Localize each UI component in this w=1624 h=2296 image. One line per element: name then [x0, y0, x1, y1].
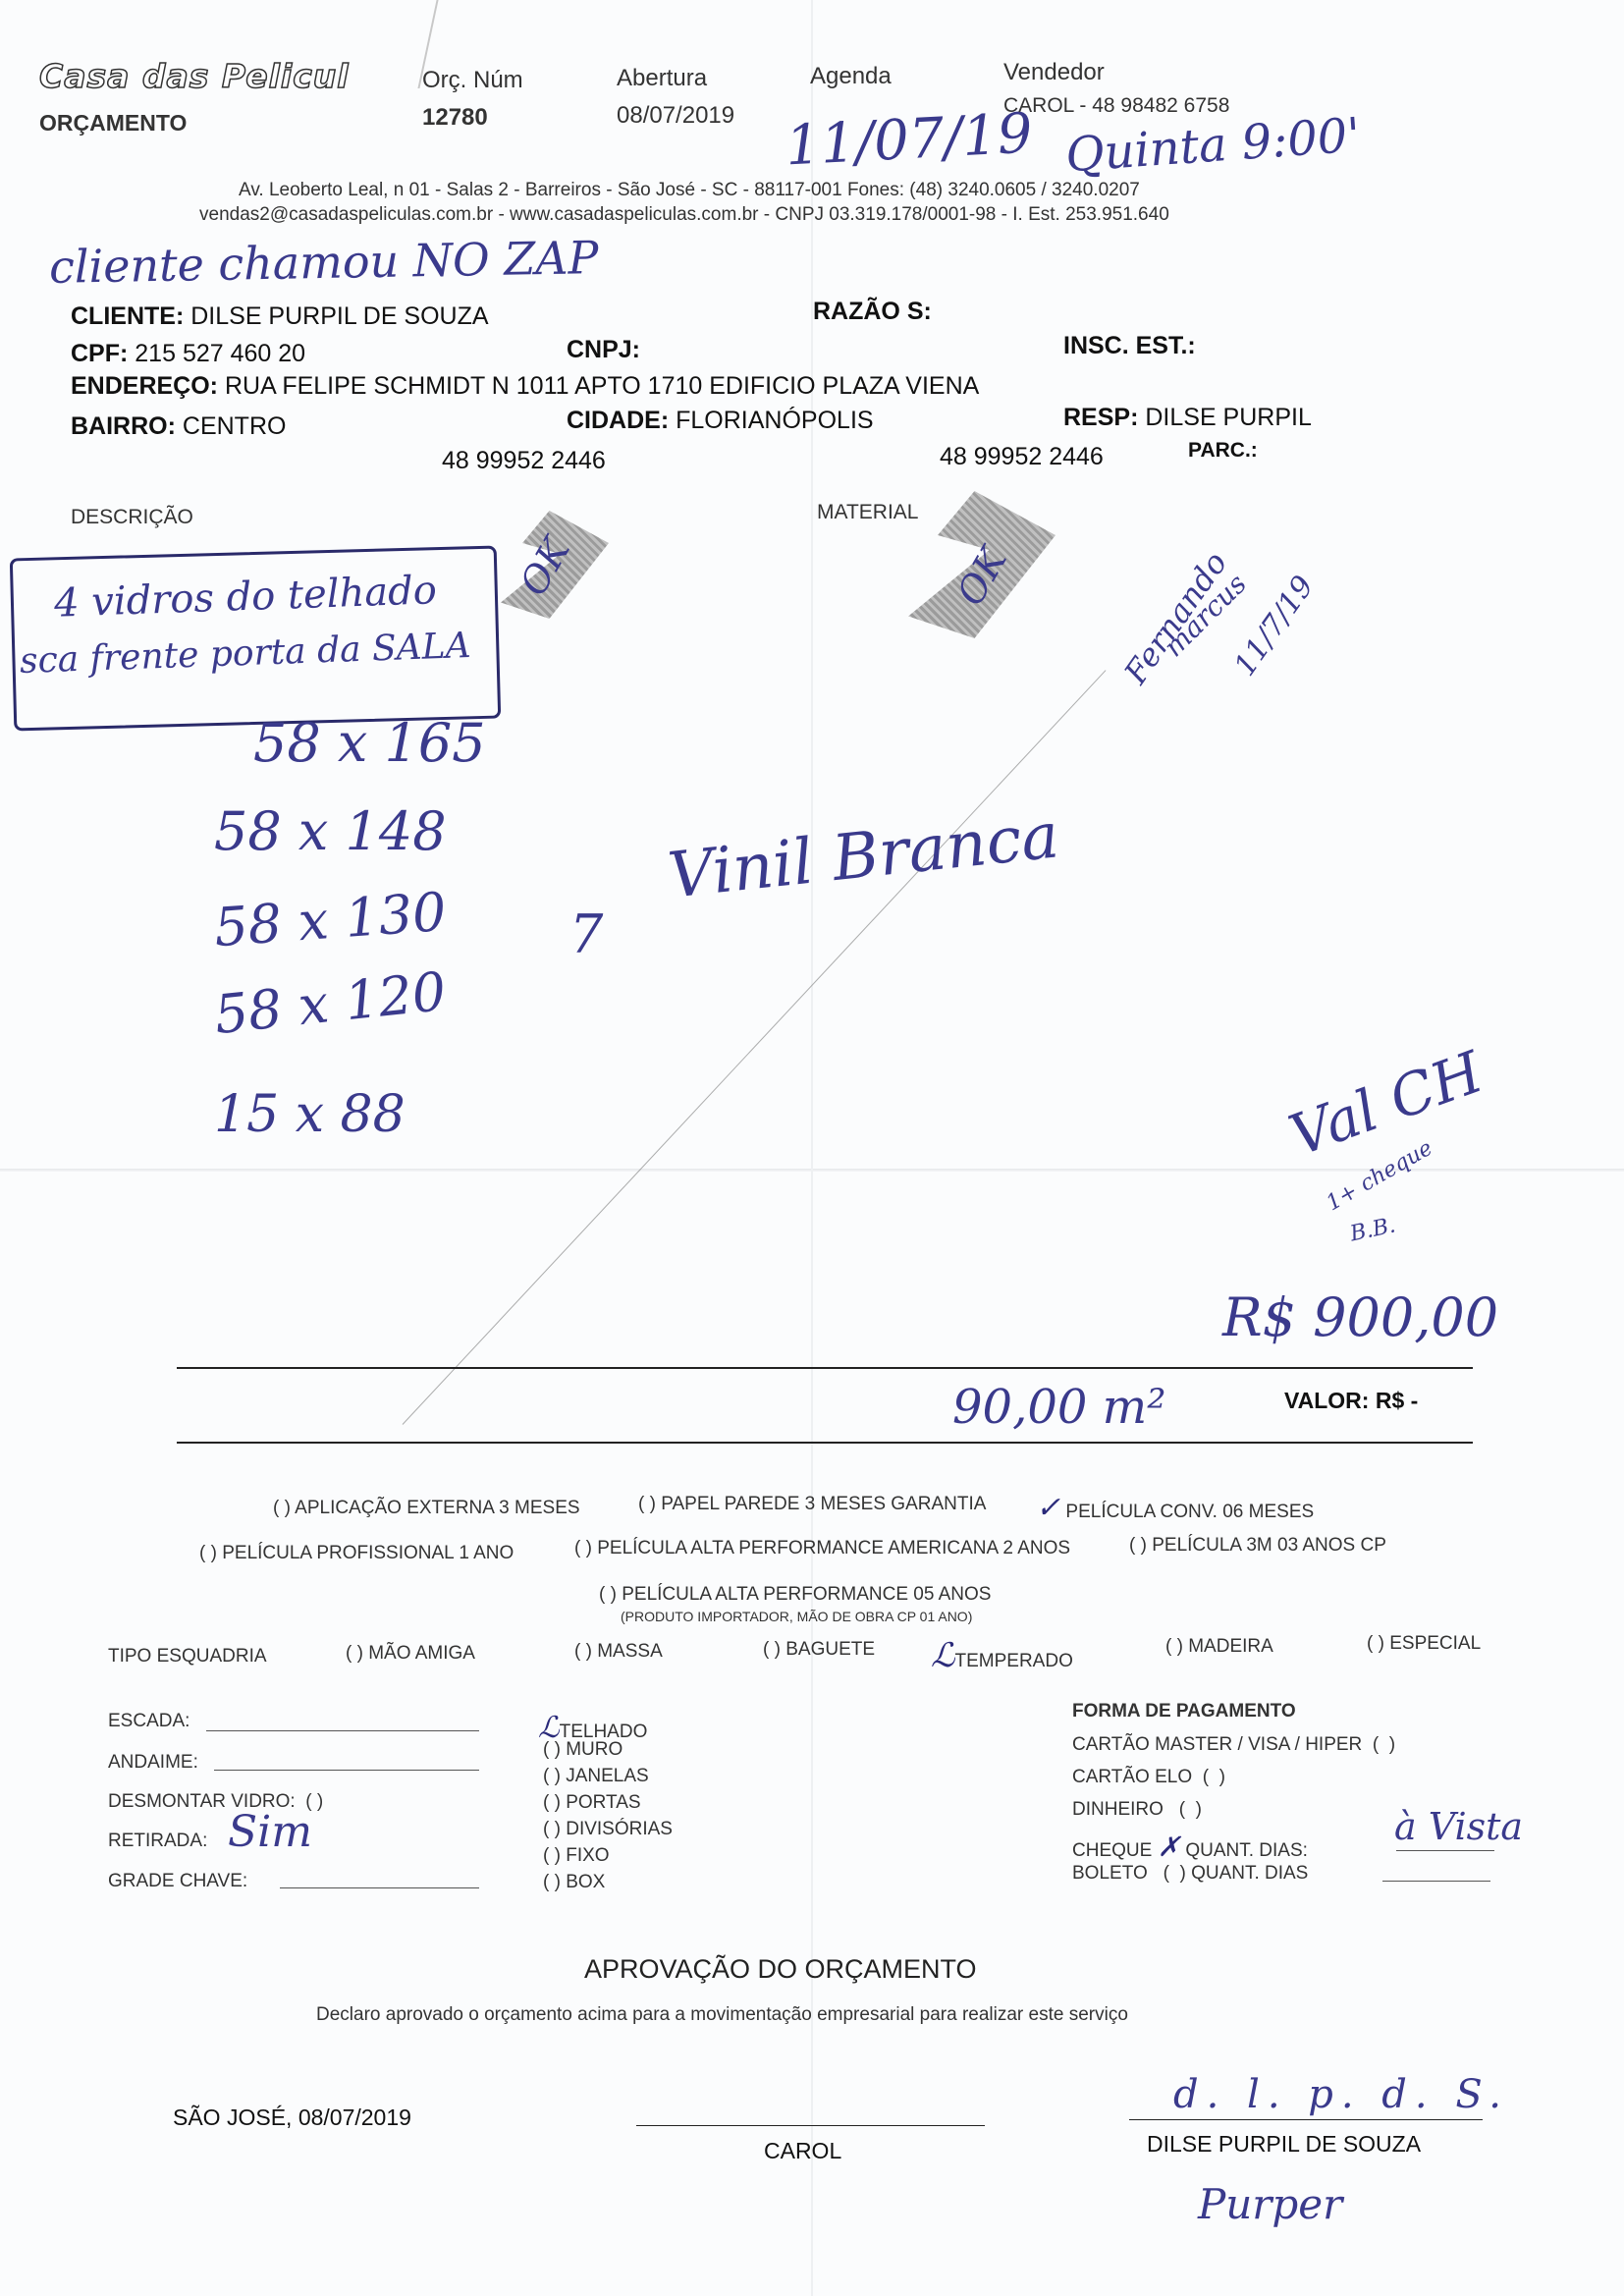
cidade-value: FLORIANÓPOLIS [676, 407, 873, 434]
seller-signature-line [636, 2125, 985, 2126]
client-signature: d. l. p. d. S. [1173, 2072, 1509, 2117]
esquadria-mao-amiga[interactable]: ( ) MÃO AMIGA [346, 1643, 475, 1665]
grade-chave-field[interactable] [280, 1887, 479, 1888]
retirada-value[interactable]: Sim [228, 1807, 312, 1857]
payment-boleto[interactable]: BOLETO ( ) QUANT. DIAS [1072, 1863, 1308, 1885]
option-pelicula-3m[interactable]: ( ) PELÍCULA 3M 03 ANOS CP [1129, 1535, 1386, 1557]
agenda-label: Agenda [810, 63, 892, 90]
payment-cheque-dias-value[interactable]: à Vista [1394, 1805, 1523, 1848]
payment-dinheiro[interactable]: DINHEIRO ( ) [1072, 1799, 1202, 1821]
check-mark-icon: ℒ [931, 1636, 955, 1675]
location-fixo[interactable]: ( ) FIXO [543, 1845, 610, 1867]
location-muro[interactable]: ( ) MURO [543, 1739, 623, 1761]
payment-note-title: Val CH [1280, 1038, 1490, 1169]
handwritten-top-note: cliente chamou NO ZAP [49, 231, 599, 294]
location-janelas[interactable]: ( ) JANELAS [543, 1766, 649, 1787]
cpf-value: 215 527 460 20 [135, 340, 305, 367]
endereco-value: RUA FELIPE SCHMIDT N 1011 APTO 1710 EDIF… [225, 372, 979, 400]
approval-title: APROVAÇÃO DO ORÇAMENTO [584, 1954, 977, 1985]
measurement-item: 58 x 120 [211, 960, 449, 1046]
bairro-label: BAIRRO: [71, 412, 176, 440]
descricao-label: DESCRIÇÃO [71, 506, 193, 529]
seller-sign-name: CAROL [764, 2138, 841, 2164]
esquadria-temperado[interactable]: ℒTEMPERADO [931, 1636, 1073, 1675]
payment-title: FORMA DE PAGAMENTO [1072, 1701, 1296, 1722]
total-handwritten: R$ 900,00 [1222, 1286, 1498, 1348]
grade-chave-label: GRADE CHAVE: [108, 1871, 247, 1892]
insc-label: INSC. EST.: [1063, 332, 1196, 359]
client-phone-1: 48 99952 2446 [442, 447, 606, 475]
esquadria-baguete[interactable]: ( ) BAGUETE [763, 1639, 875, 1661]
option-pelicula-americana[interactable]: ( ) PELÍCULA ALTA PERFORMANCE AMERICANA … [574, 1538, 1070, 1559]
parc-label: PARC.: [1188, 439, 1258, 463]
document-title: ORÇAMENTO [39, 110, 187, 137]
orc-num-label: Orç. Núm [422, 67, 523, 94]
cpf-field: CPF: 215 527 460 20 [71, 340, 305, 368]
bairro-field: BAIRRO: CENTRO [71, 412, 286, 441]
cheque-dias-field-line [1396, 1850, 1494, 1851]
option-papel-parede[interactable]: ( ) PAPEL PAREDE 3 MESES GARANTIA [638, 1494, 986, 1515]
agenda-handwritten-note: Quinta 9:00' [1063, 108, 1362, 184]
place-date: SÃO JOSÉ, 08/07/2019 [173, 2105, 411, 2131]
cnpj-label: CNPJ: [567, 336, 640, 363]
option-pelicula-profissional[interactable]: ( ) PELÍCULA PROFISSIONAL 1 ANO [199, 1543, 514, 1564]
razao-field: RAZÃO S: [813, 298, 932, 326]
client-signature-correction: Purper [1198, 2180, 1342, 2228]
payment-cheque[interactable]: CHEQUE ✗ QUANT. DIAS: [1072, 1831, 1308, 1863]
boleto-dias-field[interactable] [1382, 1881, 1490, 1882]
client-sign-name: DILSE PURPIL DE SOUZA [1147, 2131, 1421, 2158]
location-box[interactable]: ( ) BOX [543, 1872, 605, 1893]
company-address: Av. Leoberto Leal, n 01 - Salas 2 - Barr… [239, 180, 1140, 201]
agenda-handwritten-date: 11/07/19 [784, 101, 1034, 178]
resp-field: RESP: DILSE PURPIL [1063, 404, 1312, 432]
vendedor-value: CAROL - 48 98482 6758 [1003, 94, 1229, 118]
cpf-label: CPF: [71, 340, 128, 367]
measurement-item: 58 x 130 [212, 881, 448, 958]
arrow-mark: 7 [569, 903, 603, 965]
insc-field: INSC. EST.: [1063, 332, 1196, 360]
payment-cartao-elo[interactable]: CARTÃO ELO ( ) [1072, 1767, 1225, 1788]
location-divisorias[interactable]: ( ) DIVISÓRIAS [543, 1819, 673, 1840]
esquadria-label: TIPO ESQUADRIA [108, 1646, 267, 1667]
company-contact: vendas2@casadaspeliculas.com.br - www.ca… [199, 204, 1169, 226]
material-note: Vinil Branca [665, 799, 1062, 912]
cliente-value: DILSE PURPIL DE SOUZA [190, 302, 488, 330]
client-signature-line [1129, 2119, 1483, 2120]
payment-note-bank: B.B. [1348, 1213, 1398, 1246]
abertura-value: 08/07/2019 [617, 102, 734, 130]
resp-label: RESP: [1063, 404, 1138, 431]
cidade-field: CIDADE: FLORIANÓPOLIS [567, 407, 874, 435]
endereco-field: ENDEREÇO: RUA FELIPE SCHMIDT N 1011 APTO… [71, 372, 979, 401]
check-mark-icon: ✓ [1036, 1491, 1060, 1525]
vendedor-label: Vendedor [1003, 59, 1105, 86]
diagonal-strike-line [403, 670, 1107, 1425]
option-pelicula-conv[interactable]: ✓ PELÍCULA CONV. 06 MESES [1036, 1491, 1314, 1525]
client-phone-2: 48 99952 2446 [940, 443, 1104, 471]
esquadria-especial[interactable]: ( ) ESPECIAL [1367, 1633, 1481, 1655]
andaime-label: ANDAIME: [108, 1752, 198, 1774]
cliente-field: CLIENTE: DILSE PURPIL DE SOUZA [71, 302, 489, 331]
cidade-label: CIDADE: [567, 407, 669, 434]
endereco-label: ENDEREÇO: [71, 372, 218, 400]
paper-fold [811, 0, 813, 2296]
abertura-label: Abertura [617, 65, 707, 92]
valor-label: VALOR: R$ - [1284, 1388, 1418, 1414]
measurement-item: 58 x 148 [214, 800, 447, 862]
esquadria-madeira[interactable]: ( ) MADEIRA [1165, 1636, 1273, 1658]
razao-label: RAZÃO S: [813, 298, 932, 325]
andaime-field[interactable] [214, 1770, 479, 1771]
option-pelicula-alta-05[interactable]: ( ) PELÍCULA ALTA PERFORMANCE 05 ANOS [599, 1584, 991, 1606]
approval-statement: Declaro aprovado o orçamento acima para … [316, 2004, 1128, 2026]
area-handwritten: 90,00 m² [952, 1380, 1165, 1435]
escada-field[interactable] [206, 1730, 479, 1731]
retirada-label: RETIRADA: [108, 1831, 207, 1852]
cnpj-field: CNPJ: [567, 336, 640, 364]
orc-num-value: 12780 [422, 104, 488, 132]
payment-cartao-master[interactable]: CARTÃO MASTER / VISA / HIPER ( ) [1072, 1734, 1395, 1756]
measurement-item: 15 x 88 [214, 1085, 406, 1144]
resp-value: DILSE PURPIL [1145, 404, 1312, 431]
cliente-label: CLIENTE: [71, 302, 184, 330]
bairro-value: CENTRO [183, 412, 287, 440]
divider-line [177, 1442, 1473, 1444]
company-logo: Casa das Pelicul [39, 57, 350, 95]
option-aplicacao-externa[interactable]: ( ) APLICAÇÃO EXTERNA 3 MESES [273, 1498, 580, 1519]
measurement-item: 58 x 165 [253, 712, 486, 774]
material-label: MATERIAL [817, 501, 918, 524]
check-mark-icon: ✗ [1158, 1831, 1180, 1863]
divider-line [177, 1367, 1473, 1369]
option-pelicula-alta-05-note: (PRODUTO IMPORTADOR, MÃO DE OBRA CP 01 A… [621, 1609, 972, 1624]
esquadria-massa[interactable]: ( ) MASSA [574, 1641, 663, 1663]
location-portas[interactable]: ( ) PORTAS [543, 1792, 641, 1814]
escada-label: ESCADA: [108, 1711, 189, 1732]
